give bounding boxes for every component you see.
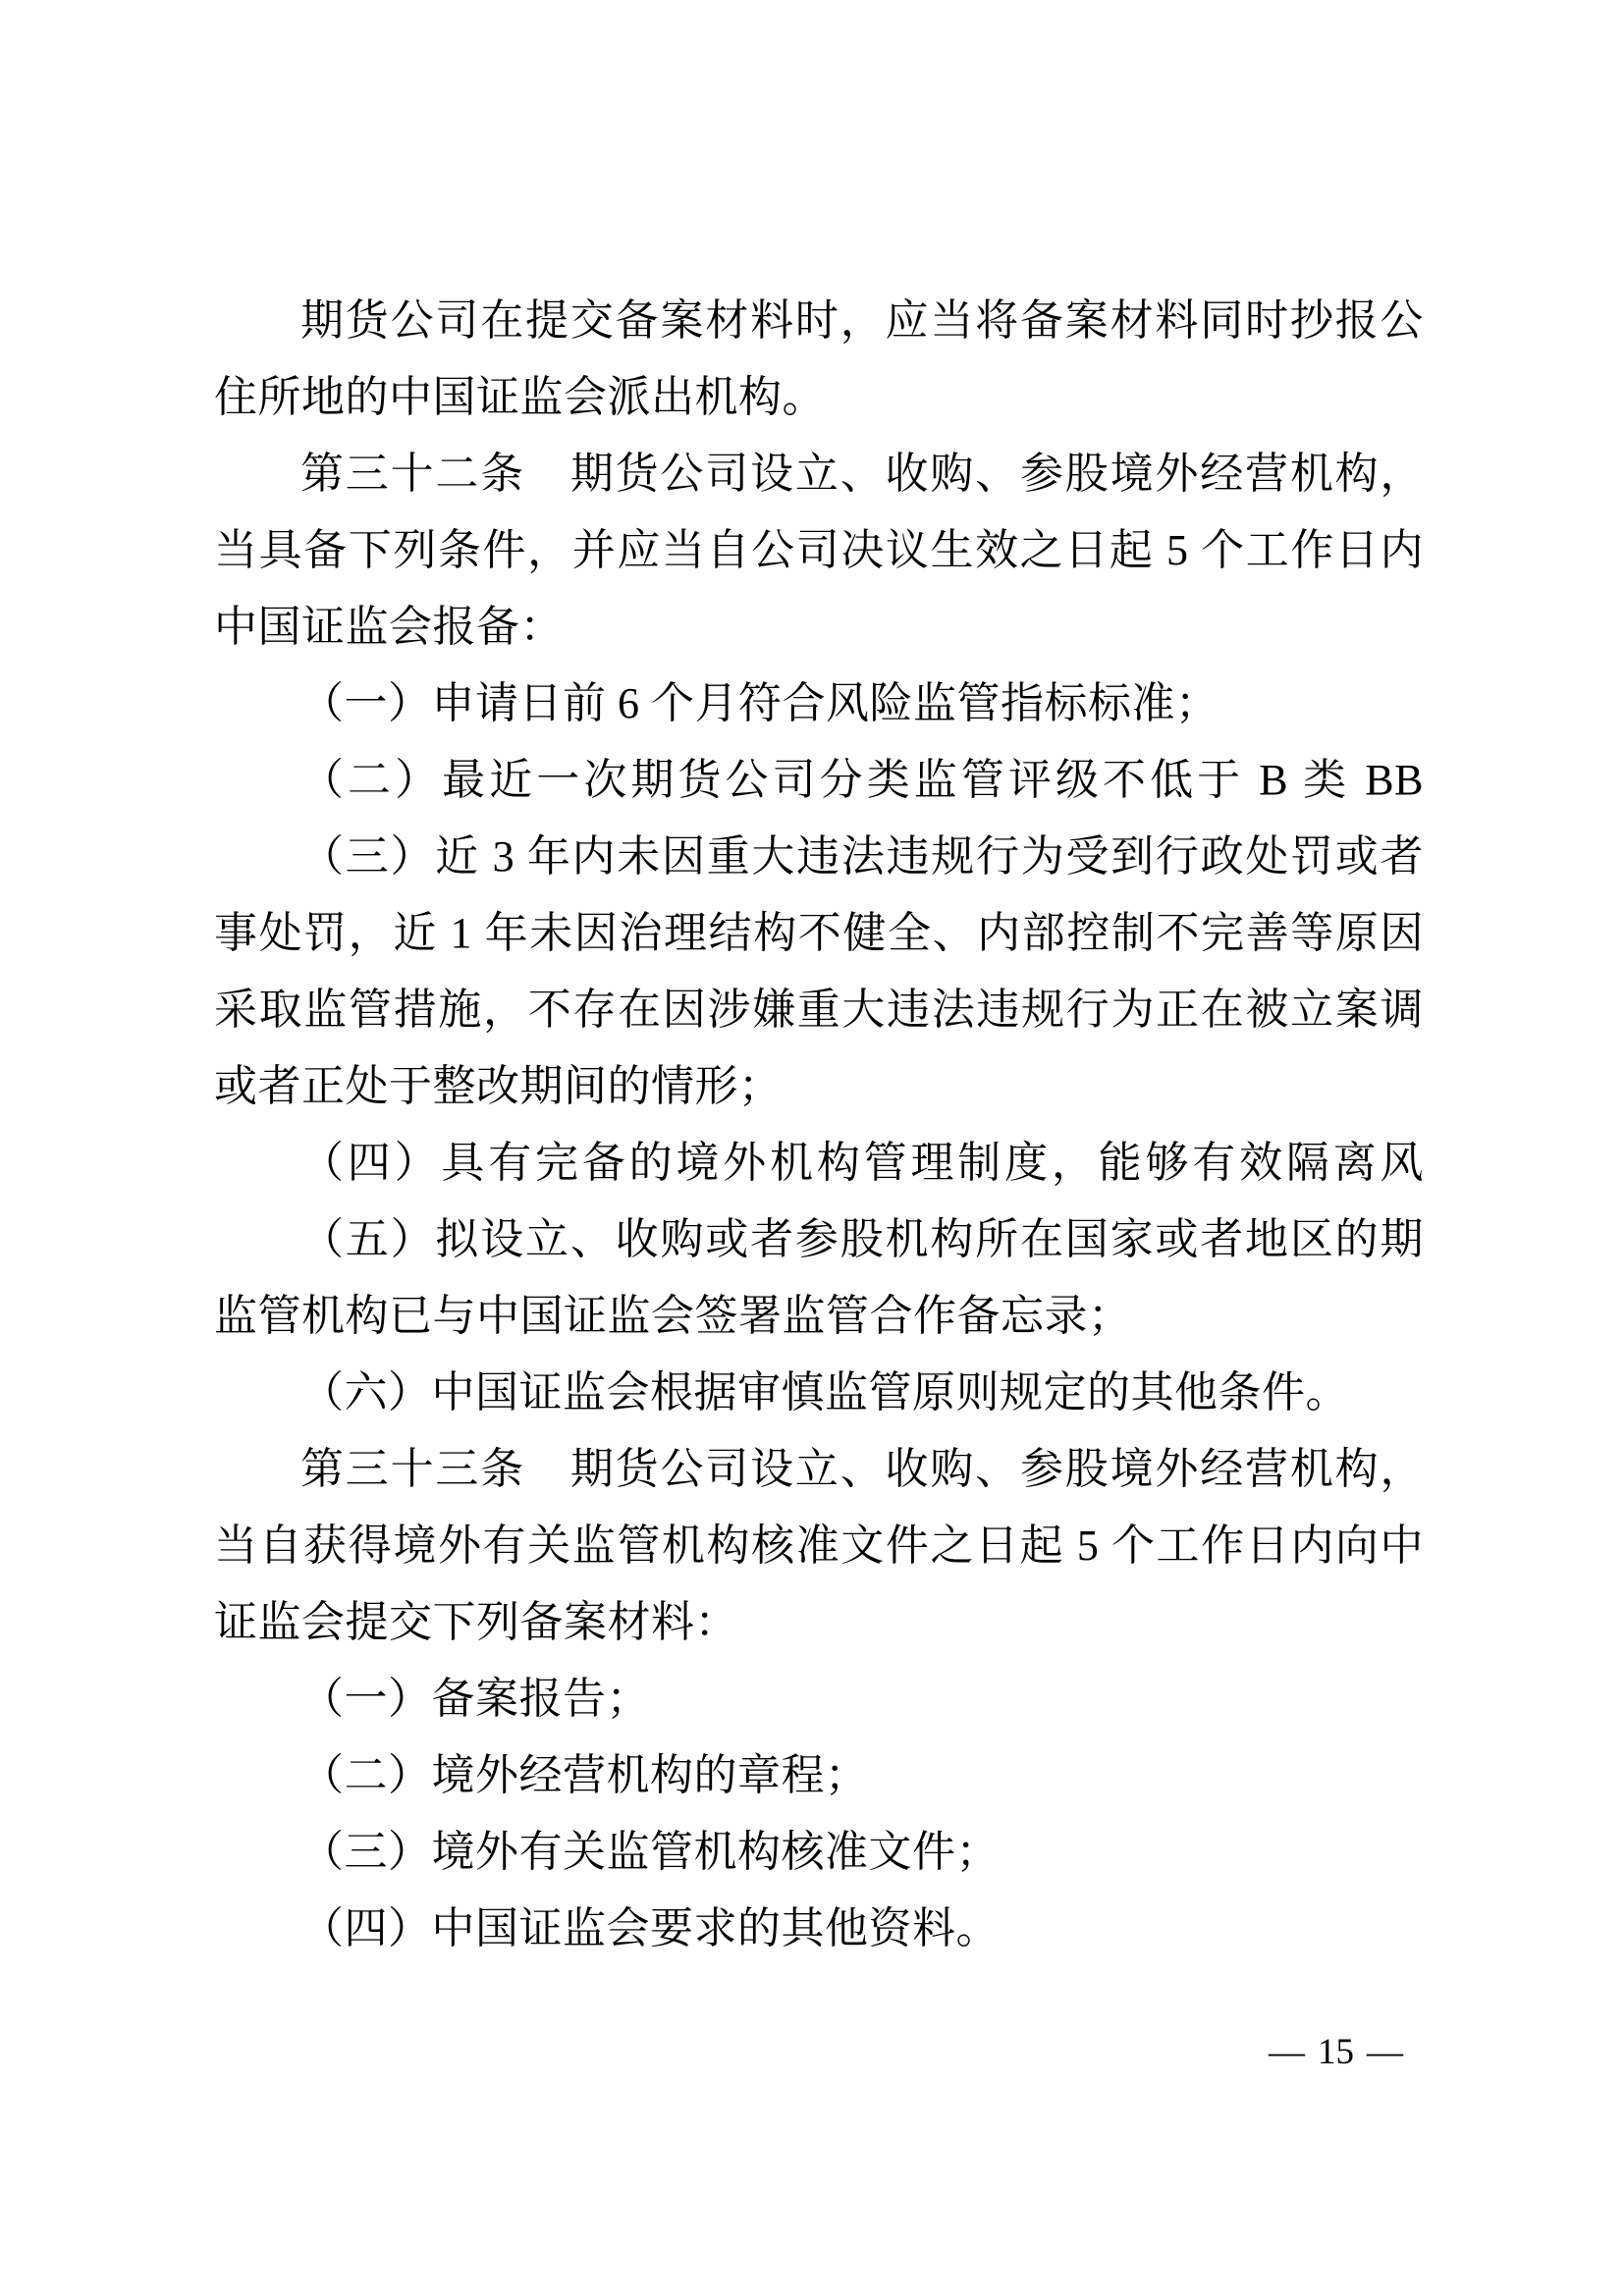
footer-dash-left: — <box>1269 2032 1305 2073</box>
text-line-3: 第三十二条 期货公司设立、收购、参股境外经营机构，应 <box>214 436 1424 512</box>
text-line-19: （一）备案报告； <box>214 1661 1424 1737</box>
text-line-18: 证监会提交下列备案材料： <box>214 1584 1424 1661</box>
text-line-15: （六）中国证监会根据审慎监管原则规定的其他条件。 <box>214 1355 1424 1431</box>
page-number: 15 <box>1318 2032 1354 2073</box>
text-line-10: 采取监管措施，不存在因涉嫌重大违法违规行为正在被立案调查 <box>214 972 1424 1048</box>
text-line-5: 中国证监会报备： <box>214 589 1424 666</box>
text-line-20: （二）境外经营机构的章程； <box>214 1737 1424 1814</box>
text-line-7: （二）最近一次期货公司分类监管评级不低于 B 类 BB 级； <box>214 742 1424 819</box>
text-line-9: 事处罚，近 1 年未因治理结构不健全、内部控制不完善等原因被 <box>214 895 1424 972</box>
text-line-14: 监管机构已与中国证监会签署监管合作备忘录； <box>214 1278 1424 1355</box>
text-line-4: 当具备下列条件，并应当自公司决议生效之日起 5 个工作日内向 <box>214 512 1424 589</box>
text-line-8: （三）近 3 年内未因重大违法违规行为受到行政处罚或者刑 <box>214 819 1424 895</box>
text-line-13: （五）拟设立、收购或者参股机构所在国家或者地区的期货 <box>214 1201 1424 1278</box>
text-line-16: 第三十三条 期货公司设立、收购、参股境外经营机构，应 <box>214 1431 1424 1508</box>
text-line-2: 住所地的中国证监会派出机构。 <box>214 359 1424 436</box>
document-body: 期货公司在提交备案材料时，应当将备案材料同时抄报公司 住所地的中国证监会派出机构… <box>214 283 1424 1967</box>
text-line-11: 或者正处于整改期间的情形； <box>214 1048 1424 1125</box>
footer-dash-right: — <box>1367 2032 1403 2073</box>
text-line-6: （一）申请日前 6 个月符合风险监管指标标准； <box>214 666 1424 742</box>
text-line-21: （三）境外有关监管机构核准文件； <box>214 1814 1424 1891</box>
text-line-12: （四）具有完备的境外机构管理制度，能够有效隔离风险； <box>214 1125 1424 1201</box>
text-line-22: （四）中国证监会要求的其他资料。 <box>214 1891 1424 1967</box>
page-footer: — 15 — <box>1269 2032 1403 2073</box>
text-line-17: 当自获得境外有关监管机构核准文件之日起 5 个工作日内向中国 <box>214 1508 1424 1584</box>
text-line-1: 期货公司在提交备案材料时，应当将备案材料同时抄报公司 <box>214 283 1424 359</box>
document-page: 期货公司在提交备案材料时，应当将备案材料同时抄报公司 住所地的中国证监会派出机构… <box>0 0 1624 2296</box>
